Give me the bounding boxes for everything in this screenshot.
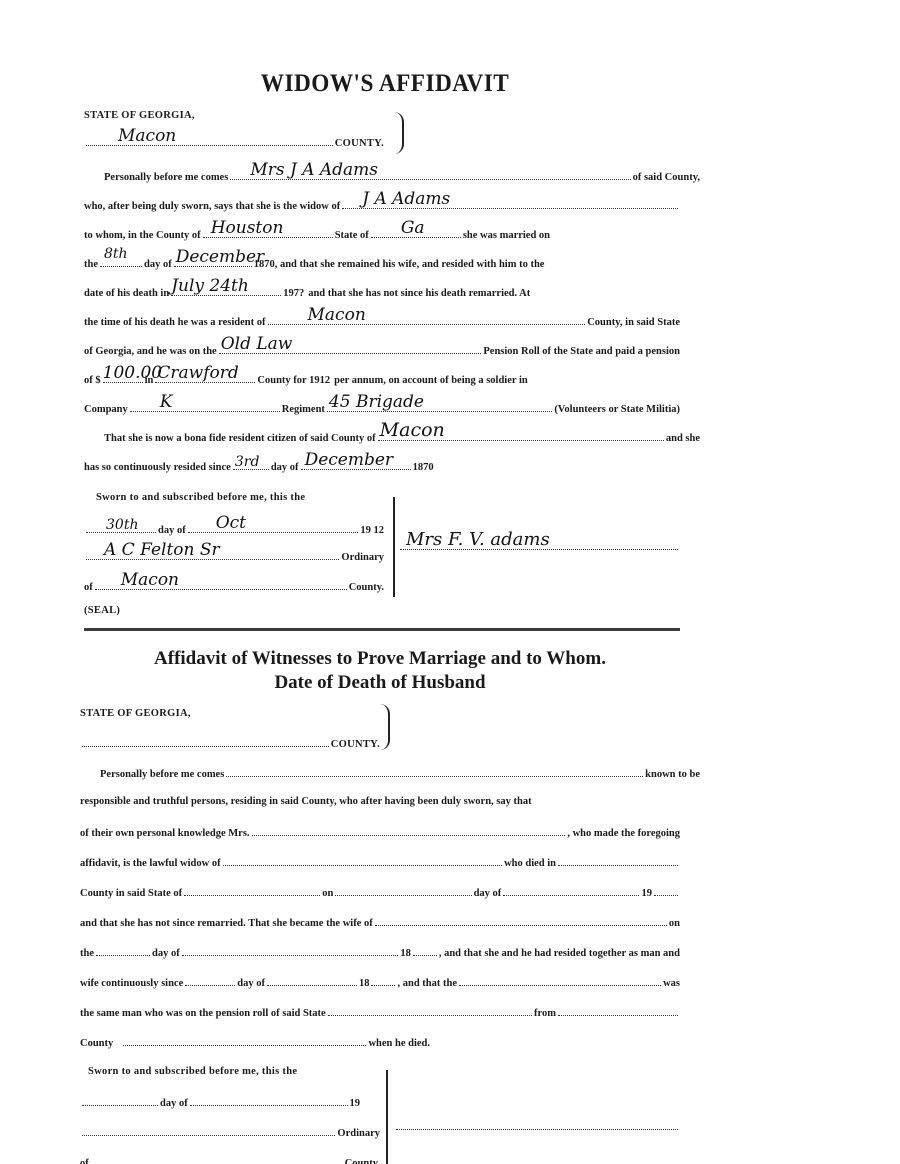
- company-field[interactable]: K: [130, 402, 280, 412]
- line-continuously-resided: has so continuously resided since 3rd da…: [84, 460, 564, 473]
- witness-since-day-field[interactable]: [185, 976, 235, 986]
- witness-brace: [378, 704, 390, 750]
- witness-county-line: COUNTY.: [80, 737, 380, 750]
- pension-roll-field[interactable]: Old Law: [219, 344, 482, 354]
- line-widow-of: who, after being duly sworn, says that s…: [84, 199, 680, 212]
- pension-county-field[interactable]: Crawford: [155, 373, 255, 383]
- witness-state-field[interactable]: [184, 886, 320, 896]
- line-marriage-date: the 8th day of December 1870 , and that …: [84, 257, 680, 270]
- line-company-regiment: Company K Regiment 45 Brigade (Volunteer…: [84, 402, 680, 415]
- witness-death-year-field[interactable]: [654, 886, 678, 896]
- witness-marriage-day-field[interactable]: [96, 946, 150, 956]
- witness-widow-of-field[interactable]: [223, 856, 502, 866]
- witness-signature-line: [394, 1120, 680, 1130]
- w-line-10: County when he died.: [80, 1036, 430, 1049]
- married-county-field[interactable]: Houston: [203, 228, 333, 238]
- regiment-field[interactable]: 45 Brigade: [327, 402, 552, 412]
- section-divider: [84, 628, 680, 631]
- witness-from-field[interactable]: [558, 1006, 678, 1016]
- w-line-4: affidavit, is the lawful widow of who di…: [80, 856, 680, 869]
- sworn-month-field[interactable]: Oct: [188, 523, 359, 533]
- marriage-day-field[interactable]: 8th: [100, 257, 142, 267]
- witness-county-field[interactable]: [82, 737, 329, 747]
- seal-label: (SEAL): [84, 605, 120, 616]
- county-line: Macon COUNTY.: [84, 136, 384, 149]
- witness-ordinary-line: Ordinary: [80, 1126, 380, 1139]
- w-line-1: Personally before me comes known to be: [80, 767, 700, 780]
- w-line-9: the same man who was on the pension roll…: [80, 1006, 680, 1019]
- witness-wife-of-field[interactable]: [375, 916, 667, 926]
- witness-marriage-year-field[interactable]: [413, 946, 437, 956]
- w-line-8: wife continuously since day of 18 , and …: [80, 976, 680, 989]
- line-pension-amount: of $ 100.00 in Crawford County for 1912 …: [84, 373, 680, 386]
- witness-county-died-field[interactable]: [123, 1036, 366, 1046]
- of-county-line: of Macon County.: [84, 580, 384, 593]
- witness-since-year-field[interactable]: [371, 976, 395, 986]
- witness-since-month-field[interactable]: [267, 976, 357, 986]
- witness-of-county-line: of County.: [80, 1156, 380, 1164]
- ordinary-line: A C Felton Sr Ordinary: [84, 550, 384, 563]
- ordinary-county-field[interactable]: Macon: [95, 580, 347, 590]
- witness-state-label: STATE OF GEORGIA,: [80, 708, 191, 719]
- witness-died-in-field[interactable]: [558, 856, 678, 866]
- married-state-field[interactable]: Ga: [371, 228, 461, 238]
- line-pension-roll: of Georgia, and he was on the Old Law Pe…: [84, 344, 680, 357]
- brace: [392, 112, 404, 154]
- w-line-2: responsible and truthful persons, residi…: [80, 796, 680, 807]
- witness-signature-divider: [386, 1070, 388, 1164]
- ordinary-name-field[interactable]: A C Felton Sr: [86, 550, 339, 560]
- witness-death-day-field[interactable]: [335, 886, 471, 896]
- document-page: WIDOW'S AFFIDAVIT STATE OF GEORGIA, Maco…: [0, 0, 900, 1164]
- w-line-3: of their own personal knowledge Mrs. , w…: [80, 826, 680, 839]
- widow-name-field[interactable]: Mrs J A Adams: [230, 170, 630, 180]
- resident-county-field[interactable]: Macon: [268, 315, 586, 325]
- witness-sworn-day-field[interactable]: [82, 1096, 158, 1106]
- witness-mrs-field[interactable]: [252, 826, 566, 836]
- sworn-day-field[interactable]: 30th: [86, 523, 156, 533]
- state-label: STATE OF GEORGIA,: [84, 110, 195, 121]
- witness-signature-field[interactable]: [396, 1120, 678, 1130]
- w-line-6: and that she has not since remarried. Th…: [80, 916, 680, 929]
- pension-amount-field[interactable]: 100.00: [103, 373, 143, 383]
- resided-day-field[interactable]: 3rd: [233, 460, 269, 470]
- witness-sworn-month-field[interactable]: [190, 1096, 348, 1106]
- line-married-county: to whom, in the County of Houston State …: [84, 228, 680, 241]
- witness-of-county-field[interactable]: [91, 1156, 343, 1164]
- witness-affidavit-title-1: Affidavit of Witnesses to Prove Marriage…: [0, 648, 760, 670]
- signature-field[interactable]: Mrs F. V. adams: [400, 540, 678, 550]
- husband-name-field[interactable]: J A Adams: [342, 199, 678, 209]
- pension-year: 12: [320, 375, 331, 386]
- witness-sworn-date-line: day of 19: [80, 1096, 360, 1109]
- w-line-7: the day of 18 , and that she and he had …: [80, 946, 680, 959]
- witness-death-month-field[interactable]: [503, 886, 639, 896]
- witness-ordinary-field[interactable]: [82, 1126, 335, 1136]
- current-county-field[interactable]: Macon: [378, 431, 664, 441]
- widows-affidavit-title: WIDOW'S AFFIDAVIT: [27, 70, 743, 98]
- sworn-date-line: 30th day of Oct 19 12: [84, 523, 384, 536]
- line-resident-of: the time of his death he was a resident …: [84, 315, 680, 328]
- witness-sworn-label: Sworn to and subscribed before me, this …: [88, 1066, 297, 1077]
- line-personally: Personally before me comes Mrs J A Adams…: [84, 170, 700, 183]
- death-date-field[interactable]: July 24th: [171, 286, 281, 296]
- signature-divider: [393, 497, 395, 597]
- signature-line: Mrs F. V. adams: [398, 540, 680, 550]
- line-bona-fide: That she is now a bona fide resident cit…: [84, 431, 700, 444]
- sworn-label: Sworn to and subscribed before me, this …: [96, 492, 305, 503]
- resided-month-field[interactable]: December: [301, 460, 411, 470]
- witness-marriage-month-field[interactable]: [182, 946, 399, 956]
- witness-affidavit-title-2: Date of Death of Husband: [0, 672, 760, 694]
- witness-names-field[interactable]: [226, 767, 643, 777]
- line-death-date: date of his death in July 24th 197? and …: [84, 286, 680, 299]
- witness-husband-field[interactable]: [459, 976, 661, 986]
- county-field[interactable]: Macon: [86, 136, 333, 146]
- witness-roll-field[interactable]: [328, 1006, 532, 1016]
- w-line-5: County in said State of on day of 19: [80, 886, 680, 899]
- marriage-month-field[interactable]: December: [174, 257, 252, 267]
